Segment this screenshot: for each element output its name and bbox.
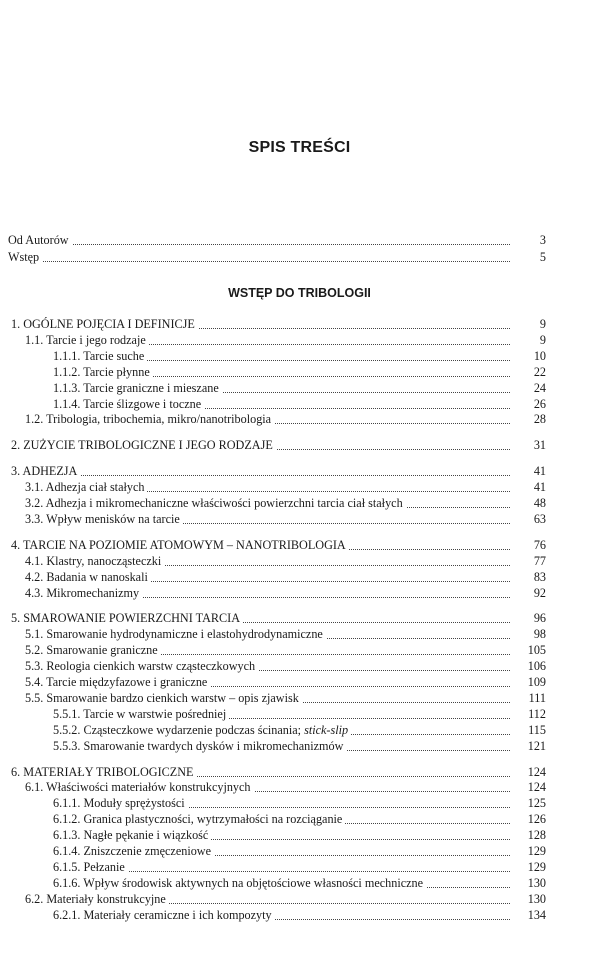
toc-entry-title: 5.4. Tarcie międzyfazowe i graniczne: [25, 675, 510, 690]
toc-page-number: 92: [516, 586, 546, 601]
toc-entry-title: 3.3. Wpływ menisków na tarcie: [25, 512, 510, 527]
toc-entry-title: 3.2. Adhezja i mikromechaniczne właściwo…: [25, 496, 510, 511]
toc-chapter[interactable]: 4. TARCIE NA POZIOMIE ATOMOWYM – NANOTRI…: [0, 538, 599, 553]
toc-entry-title: 5.1. Smarowanie hydrodynamiczne i elasto…: [25, 627, 510, 642]
toc-entry-title: 1.1.2. Tarcie płynne: [53, 365, 510, 380]
toc-page-number: 124: [516, 780, 546, 795]
toc-entry-title: 6.1.5. Pełzanie: [53, 860, 510, 875]
toc-section[interactable]: 5.1. Smarowanie hydrodynamiczne i elasto…: [0, 627, 599, 642]
toc-entry-title: 5.5.2. Cząsteczkowe wydarzenie podczas ś…: [53, 723, 510, 738]
toc-entry-title: 6.1.2. Granica plastyczności, wytrzymało…: [53, 812, 510, 827]
toc-entry-title: 5.5.3. Smarowanie twardych dysków i mikr…: [53, 739, 510, 754]
toc-entry-title: 3. ADHEZJA: [11, 464, 510, 479]
toc-page-number: 134: [516, 908, 546, 923]
toc-front-matter-item[interactable]: Od Autorów3: [0, 233, 599, 248]
toc-entry-title: 6.1.1. Moduły sprężystości: [53, 796, 510, 811]
toc-subsection[interactable]: 5.5.2. Cząsteczkowe wydarzenie podczas ś…: [0, 723, 599, 738]
toc-page-number: 96: [516, 611, 546, 626]
toc-subsection[interactable]: 6.1.3. Nagłe pękanie i wiązkość128: [0, 828, 599, 843]
toc-entry-title: 4. TARCIE NA POZIOMIE ATOMOWYM – NANOTRI…: [11, 538, 510, 553]
toc-entry-title: 1. OGÓLNE POJĘCIA I DEFINICJE: [11, 317, 510, 332]
toc-entry-title: 5.2. Smarowanie graniczne: [25, 643, 510, 658]
toc-page-number: 3: [516, 233, 546, 248]
toc-entry-title: 6.1.6. Wpływ środowisk aktywnych na obję…: [53, 876, 510, 891]
toc-subsection[interactable]: 6.1.1. Moduły sprężystości125: [0, 796, 599, 811]
toc-entry-title: 6.2.1. Materiały ceramiczne i ich kompoz…: [53, 908, 510, 923]
toc-entry-title: 4.2. Badania w nanoskali: [25, 570, 510, 585]
toc-front-matter-item[interactable]: Wstęp5: [0, 250, 599, 265]
table-of-contents: WSTĘP DO TRIBOLOGII Od Autorów3Wstęp51. …: [0, 0, 599, 960]
toc-entry-title: 4.1. Klastry, nanocząsteczki: [25, 554, 510, 569]
toc-section[interactable]: 4.1. Klastry, nanocząsteczki77: [0, 554, 599, 569]
toc-subsection[interactable]: 1.1.3. Tarcie graniczne i mieszane24: [0, 381, 599, 396]
toc-subsection[interactable]: 6.2.1. Materiały ceramiczne i ich kompoz…: [0, 908, 599, 923]
toc-subsection[interactable]: 6.1.5. Pełzanie129: [0, 860, 599, 875]
toc-page-number: 9: [516, 317, 546, 332]
toc-section[interactable]: 5.5. Smarowanie bardzo cienkich warstw –…: [0, 691, 599, 706]
toc-page-number: 98: [516, 627, 546, 642]
toc-section[interactable]: 5.4. Tarcie międzyfazowe i graniczne109: [0, 675, 599, 690]
toc-entry-title: 1.1. Tarcie i jego rodzaje: [25, 333, 510, 348]
toc-page-number: 124: [516, 765, 546, 780]
toc-entry-title: 3.1. Adhezja ciał stałych: [25, 480, 510, 495]
toc-page-number: 130: [516, 892, 546, 907]
toc-entry-title: 1.1.1. Tarcie suche: [53, 349, 510, 364]
toc-subsection[interactable]: 6.1.4. Zniszczenie zmęczeniowe129: [0, 844, 599, 859]
toc-page-number: 22: [516, 365, 546, 380]
toc-entry-title: 2. ZUŻYCIE TRIBOLOGICZNE I JEGO RODZAJE: [11, 438, 510, 453]
toc-entry-title: 5. SMAROWANIE POWIERZCHNI TARCIA: [11, 611, 510, 626]
toc-subsection[interactable]: 1.1.4. Tarcie ślizgowe i toczne26: [0, 397, 599, 412]
toc-page-number: 31: [516, 438, 546, 453]
toc-page-number: 41: [516, 464, 546, 479]
part-heading: WSTĘP DO TRIBOLOGII: [0, 286, 599, 300]
toc-page-number: 83: [516, 570, 546, 585]
toc-section[interactable]: 1.1. Tarcie i jego rodzaje9: [0, 333, 599, 348]
toc-section[interactable]: 4.2. Badania w nanoskali83: [0, 570, 599, 585]
toc-page-number: 106: [516, 659, 546, 674]
toc-section[interactable]: 6.2. Materiały konstrukcyjne130: [0, 892, 599, 907]
toc-section[interactable]: 4.3. Mikromechanizmy92: [0, 586, 599, 601]
toc-entry-title: 1.2. Tribologia, tribochemia, mikro/nano…: [25, 412, 510, 427]
toc-subsection[interactable]: 1.1.2. Tarcie płynne22: [0, 365, 599, 380]
toc-section[interactable]: 3.1. Adhezja ciał stałych41: [0, 480, 599, 495]
toc-entry-title: 6.2. Materiały konstrukcyjne: [25, 892, 510, 907]
toc-page-number: 48: [516, 496, 546, 511]
toc-entry-title: 6.1.3. Nagłe pękanie i wiązkość: [53, 828, 510, 843]
toc-page-number: 129: [516, 860, 546, 875]
toc-section[interactable]: 6.1. Właściwości materiałów konstrukcyjn…: [0, 780, 599, 795]
toc-entry-title: 6.1. Właściwości materiałów konstrukcyjn…: [25, 780, 510, 795]
toc-section[interactable]: 3.2. Adhezja i mikromechaniczne właściwo…: [0, 496, 599, 511]
toc-entry-title: Od Autorów: [8, 233, 510, 248]
toc-entry-title: 6.1.4. Zniszczenie zmęczeniowe: [53, 844, 510, 859]
toc-page-number: 24: [516, 381, 546, 396]
toc-chapter[interactable]: 3. ADHEZJA41: [0, 464, 599, 479]
toc-chapter[interactable]: 6. MATERIAŁY TRIBOLOGICZNE124: [0, 765, 599, 780]
toc-page-number: 111: [516, 691, 546, 706]
toc-subsection[interactable]: 5.5.1. Tarcie w warstwie pośredniej112: [0, 707, 599, 722]
toc-subsection[interactable]: 6.1.2. Granica plastyczności, wytrzymało…: [0, 812, 599, 827]
toc-page-number: 125: [516, 796, 546, 811]
toc-page-number: 28: [516, 412, 546, 427]
toc-page-number: 63: [516, 512, 546, 527]
toc-entry-title: 1.1.3. Tarcie graniczne i mieszane: [53, 381, 510, 396]
toc-chapter[interactable]: 2. ZUŻYCIE TRIBOLOGICZNE I JEGO RODZAJE3…: [0, 438, 599, 453]
toc-page-number: 121: [516, 739, 546, 754]
toc-chapter[interactable]: 5. SMAROWANIE POWIERZCHNI TARCIA96: [0, 611, 599, 626]
toc-subsection[interactable]: 5.5.3. Smarowanie twardych dysków i mikr…: [0, 739, 599, 754]
toc-page-number: 76: [516, 538, 546, 553]
toc-page-number: 126: [516, 812, 546, 827]
toc-section[interactable]: 5.3. Reologia cienkich warstw cząsteczko…: [0, 659, 599, 674]
toc-page-number: 9: [516, 333, 546, 348]
toc-page-number: 115: [516, 723, 546, 738]
toc-page-number: 26: [516, 397, 546, 412]
toc-page-number: 130: [516, 876, 546, 891]
toc-page-number: 5: [516, 250, 546, 265]
toc-entry-title: 5.3. Reologia cienkich warstw cząsteczko…: [25, 659, 510, 674]
toc-entry-title: 5.5. Smarowanie bardzo cienkich warstw –…: [25, 691, 510, 706]
toc-page-number: 109: [516, 675, 546, 690]
toc-entry-title: 6. MATERIAŁY TRIBOLOGICZNE: [11, 765, 510, 780]
toc-subsection[interactable]: 1.1.1. Tarcie suche10: [0, 349, 599, 364]
toc-subsection[interactable]: 6.1.6. Wpływ środowisk aktywnych na obję…: [0, 876, 599, 891]
toc-entry-title: 5.5.1. Tarcie w warstwie pośredniej: [53, 707, 510, 722]
toc-page-number: 112: [516, 707, 546, 722]
toc-page-number: 41: [516, 480, 546, 495]
toc-section[interactable]: 3.3. Wpływ menisków na tarcie63: [0, 512, 599, 527]
toc-chapter[interactable]: 1. OGÓLNE POJĘCIA I DEFINICJE9: [0, 317, 599, 332]
toc-page-number: 10: [516, 349, 546, 364]
toc-entry-title: 4.3. Mikromechanizmy: [25, 586, 510, 601]
toc-section[interactable]: 5.2. Smarowanie graniczne105: [0, 643, 599, 658]
toc-page-number: 77: [516, 554, 546, 569]
toc-page-number: 128: [516, 828, 546, 843]
toc-page-number: 105: [516, 643, 546, 658]
toc-section[interactable]: 1.2. Tribologia, tribochemia, mikro/nano…: [0, 412, 599, 427]
toc-entry-title: Wstęp: [8, 250, 510, 265]
toc-page-number: 129: [516, 844, 546, 859]
toc-entry-title: 1.1.4. Tarcie ślizgowe i toczne: [53, 397, 510, 412]
